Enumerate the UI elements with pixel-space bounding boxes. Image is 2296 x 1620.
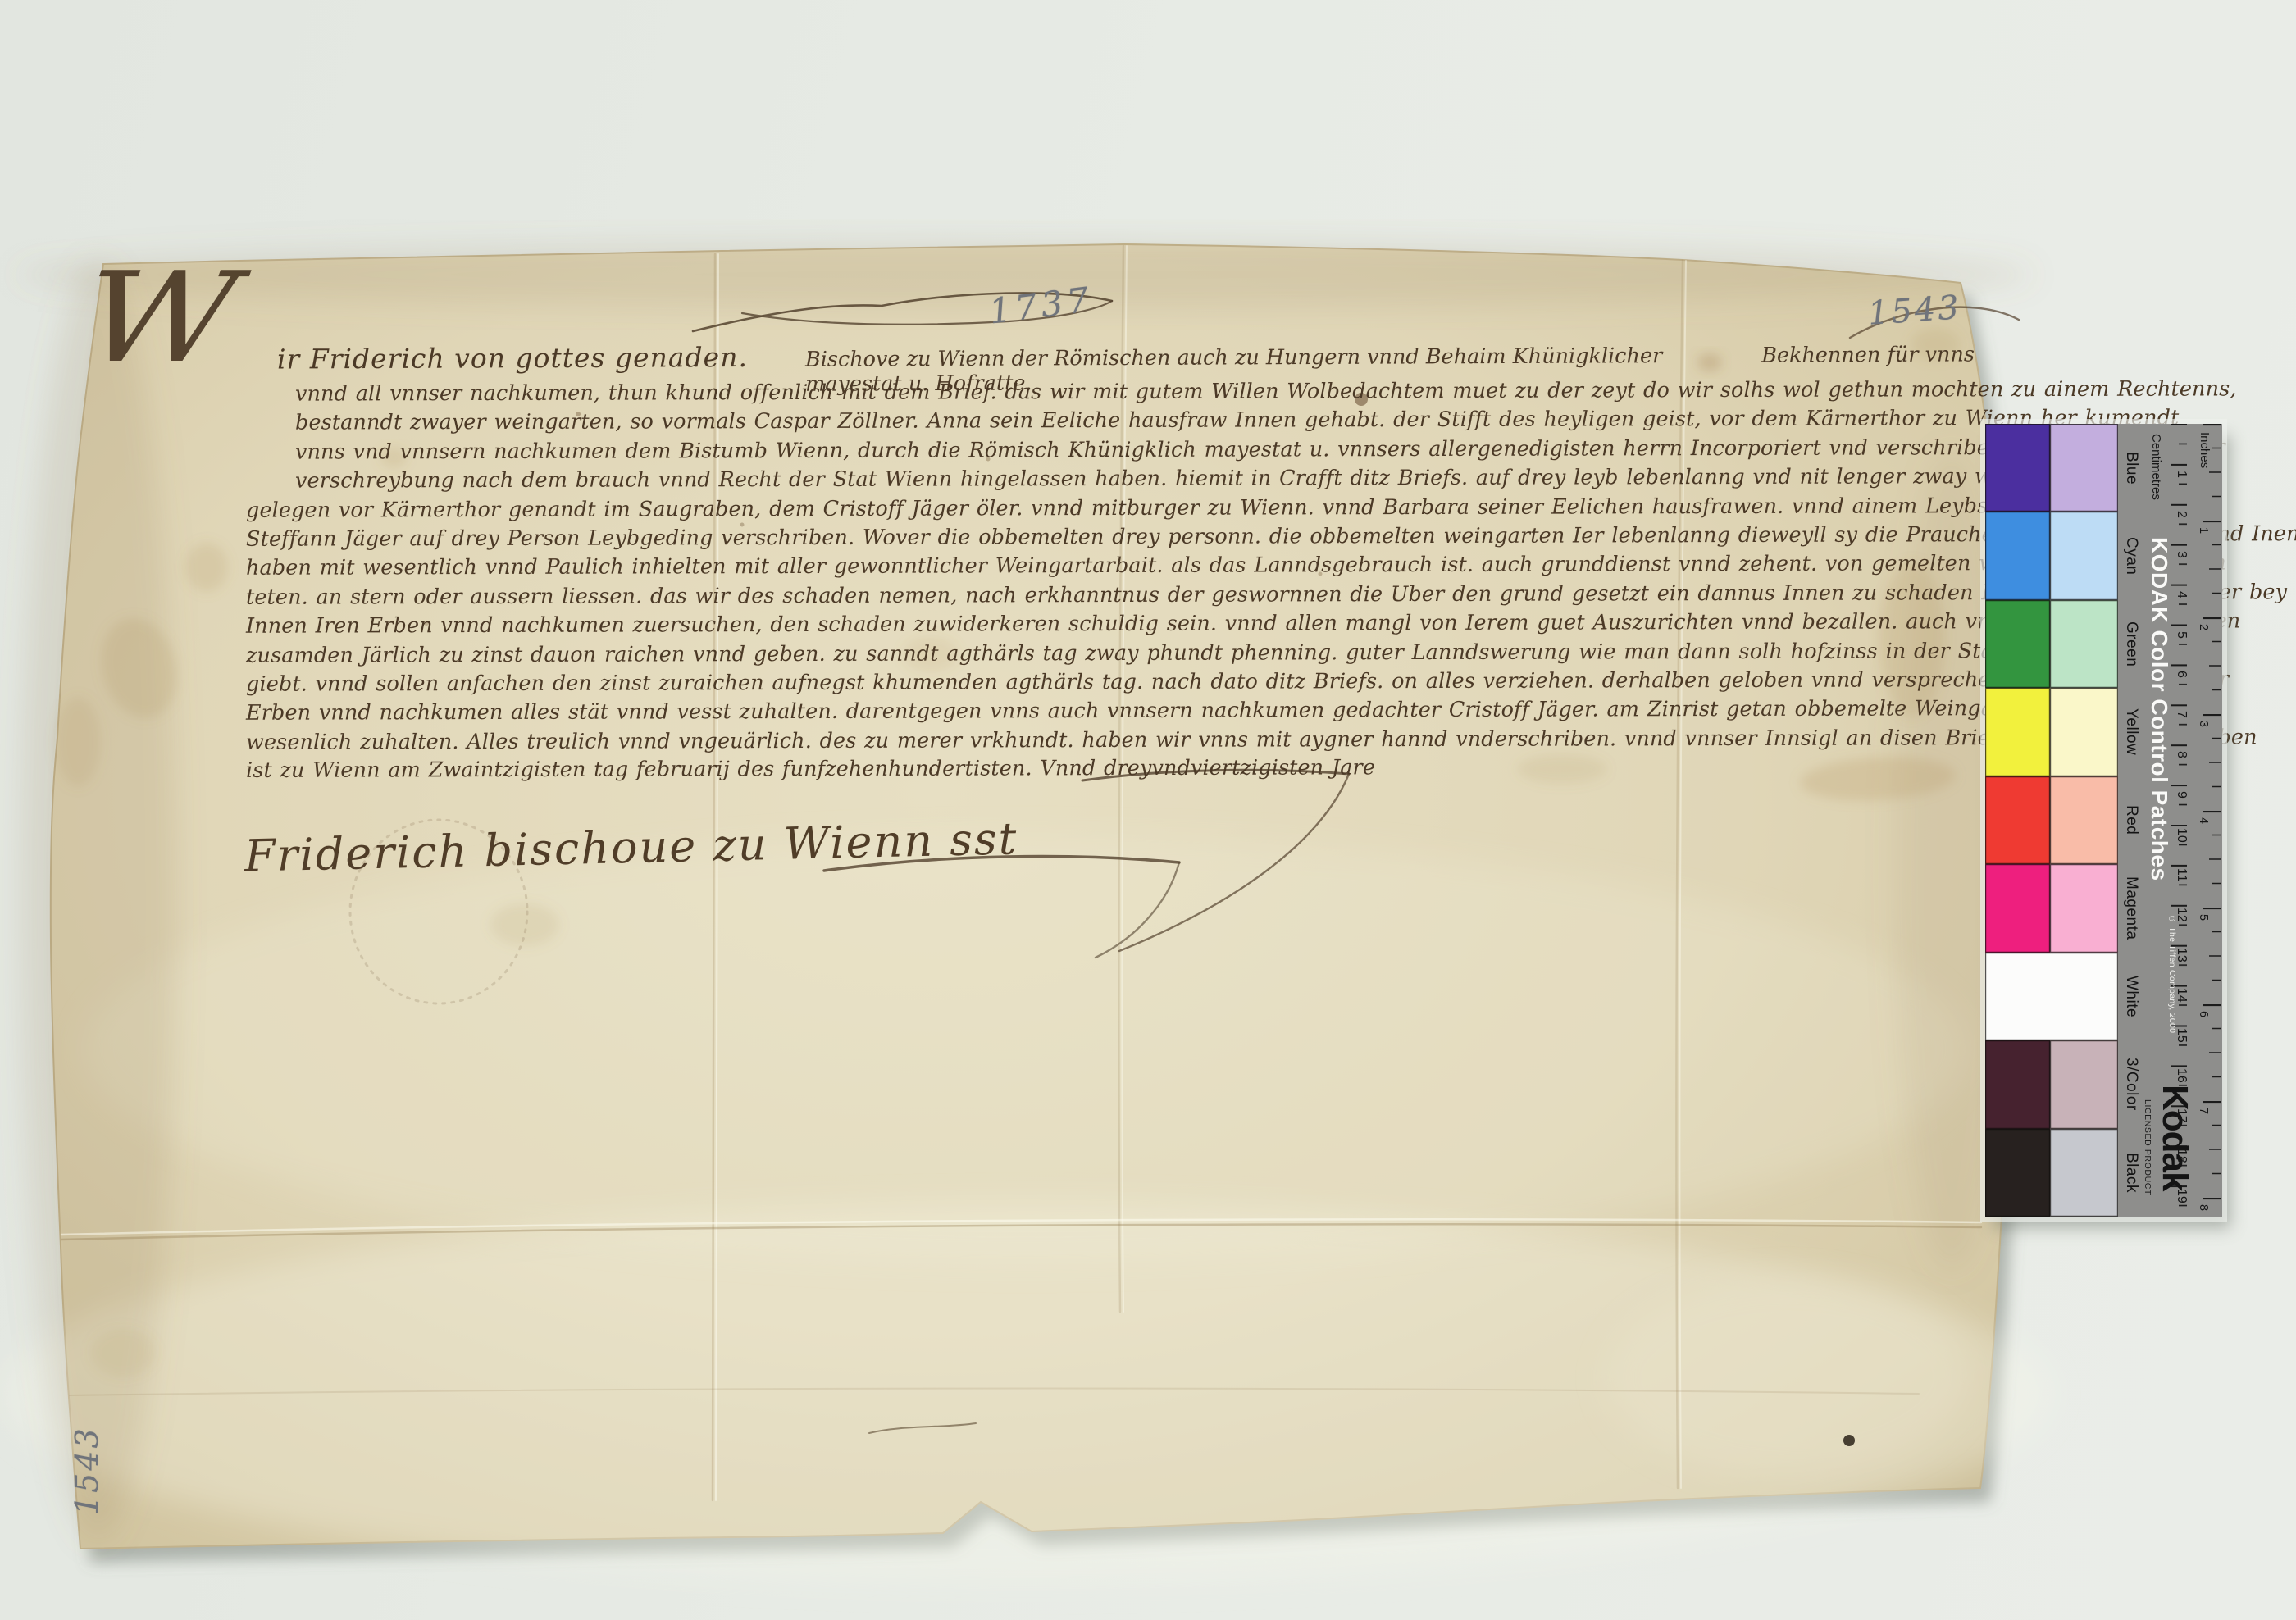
cm-number: 16 — [2174, 1055, 2189, 1095]
cm-number: 11 — [2174, 855, 2189, 895]
manuscript-line: vnns vnd vnnsern nachkumen dem Bistumb W… — [246, 434, 1978, 467]
manuscript-line: Steffann Jäger auf drey Person Leybgedin… — [246, 521, 1978, 554]
patch-swatch-saturated — [1985, 424, 2050, 512]
manuscript-line: Innen Iren Erben vnnd nachkumen zuersuch… — [246, 607, 1978, 641]
inch-number: 2 — [2197, 579, 2210, 676]
patch-swatch-saturated — [1985, 1040, 2050, 1128]
kodak-title: KODAK Color Control Patches — [2145, 537, 2173, 902]
patch-label: 3/Color — [2118, 1040, 2144, 1128]
ornamental-initial: W — [79, 256, 243, 380]
patch-label: Green — [2118, 600, 2144, 688]
patch-row — [1985, 424, 2118, 512]
cm-number: 19 — [2174, 1176, 2189, 1216]
manuscript-line: haben mit wesentlich vnnd Paulich inhiel… — [246, 550, 1978, 584]
patch-swatch-light — [2050, 864, 2118, 952]
patch-swatch-saturated — [1985, 864, 2050, 952]
opening-corroboration: Bekhennen für vnns — [1737, 342, 1975, 367]
manuscript-line: ist zu Wienn am Zwaintzigisten tag febru… — [246, 753, 1443, 785]
cm-number: 7 — [2174, 694, 2189, 735]
inch-number: 7 — [2197, 1063, 2210, 1159]
pencil-annotation-bottom-left: 1543 — [69, 1426, 105, 1515]
pencil-annotation-top-right: 1543 — [1867, 289, 1963, 333]
patch-swatch-saturated — [1985, 512, 2050, 599]
patch-swatch-light — [2050, 688, 2118, 776]
manuscript-text-block: vnnd all vnnser nachkumen, thun khund of… — [246, 378, 1978, 784]
patch-swatch-saturated — [1985, 953, 2118, 1040]
manuscript-line: verschreybung nach dem brauch vnnd Recht… — [246, 462, 1978, 496]
patch-row — [1985, 953, 2118, 1040]
patch-swatch-light — [2050, 600, 2118, 688]
manuscript-line: gelegen vor Kärnerthor genandt im Saugra… — [246, 492, 1978, 526]
kodak-color-target: BlueCyanGreenYellowRedMagentaWhite3/Colo… — [1985, 424, 2222, 1217]
manuscript-line: zusamden Järlich zu zinst dauon raichen … — [246, 637, 1978, 671]
patch-swatch-light — [2050, 424, 2118, 512]
manuscript-line: giebt. vnnd sollen anfachen den zinst zu… — [246, 666, 1978, 699]
patch-row — [1985, 1129, 2118, 1217]
manuscript-line: wesenlich zuhalten. Alles treulich vnnd … — [246, 724, 1978, 758]
patch-label: Magenta — [2118, 864, 2144, 952]
inch-number: 8 — [2197, 1159, 2210, 1217]
patch-label: Yellow — [2118, 688, 2144, 776]
archival-photo-stage: W ir Friderich von gottes genaden. Bisch… — [0, 0, 2296, 1620]
patch-label: Red — [2118, 776, 2144, 864]
cm-number: 1 — [2174, 454, 2189, 494]
cm-number: 17 — [2174, 1095, 2189, 1135]
inch-number: 6 — [2197, 966, 2210, 1063]
patch-swatch-light — [2050, 1040, 2118, 1128]
manuscript-line: teten. an stern oder aussern liessen. da… — [246, 579, 1978, 612]
cm-number: 12 — [2174, 895, 2189, 935]
patch-label: Cyan — [2118, 512, 2144, 599]
patch-swatch-light — [2050, 776, 2118, 864]
target-label-band: BlueCyanGreenYellowRedMagentaWhite3/Colo… — [2118, 424, 2222, 1217]
patch-swatch-saturated — [1985, 600, 2050, 688]
color-patch-rows — [1985, 424, 2118, 1217]
cm-number: 2 — [2174, 494, 2189, 535]
cm-scale-numbers: 12345678910111213141516171819 — [2174, 424, 2193, 1217]
manuscript-line: bestanndt zwayer weingarten, so vormals … — [246, 405, 1978, 439]
inch-number: 5 — [2197, 869, 2210, 966]
patch-label-column: BlueCyanGreenYellowRedMagentaWhite3/Colo… — [2118, 424, 2144, 1217]
opening-invocation: ir Friderich von gottes genaden. — [277, 341, 748, 375]
cm-number: 4 — [2174, 575, 2189, 615]
cm-number: 14 — [2174, 976, 2189, 1016]
cm-number: 18 — [2174, 1135, 2189, 1176]
inch-number: 3 — [2197, 676, 2210, 772]
patch-swatch-saturated — [1985, 1129, 2050, 1217]
cm-number: 13 — [2174, 935, 2189, 976]
licensed-product-label: LICENSED PRODUCT — [2143, 1099, 2152, 1195]
patch-label: Black — [2118, 1129, 2144, 1217]
cm-number: 15 — [2174, 1015, 2189, 1055]
patch-row — [1985, 1040, 2118, 1128]
patch-row — [1985, 776, 2118, 864]
parchment-document — [0, 0, 2296, 1620]
cm-number: 3 — [2174, 535, 2189, 575]
inch-scale-numbers: 12345678 — [2197, 424, 2215, 1217]
patch-label: Blue — [2118, 424, 2144, 512]
patch-row — [1985, 864, 2118, 952]
patch-label: White — [2118, 953, 2144, 1040]
manuscript-line: vnnd all vnnser nachkumen, thun khund of… — [246, 375, 1978, 409]
patch-swatch-saturated — [1985, 688, 2050, 776]
patch-swatch-light — [2050, 1129, 2118, 1217]
patch-row — [1985, 688, 2118, 776]
centimetres-label: Centimetres — [2149, 434, 2163, 500]
cm-number: 5 — [2174, 615, 2189, 655]
manuscript-line: Erben vnnd nachkumen alles stät vnnd ves… — [246, 695, 1978, 729]
patch-row — [1985, 512, 2118, 599]
inch-number: 1 — [2197, 482, 2210, 579]
cm-number: 10 — [2174, 815, 2189, 855]
cm-number: 9 — [2174, 775, 2189, 815]
cm-number: 8 — [2174, 735, 2189, 775]
patch-row — [1985, 600, 2118, 688]
patch-swatch-saturated — [1985, 776, 2050, 864]
inch-number: 4 — [2197, 772, 2210, 869]
cm-number: 6 — [2174, 654, 2189, 694]
patch-swatch-light — [2050, 512, 2118, 599]
